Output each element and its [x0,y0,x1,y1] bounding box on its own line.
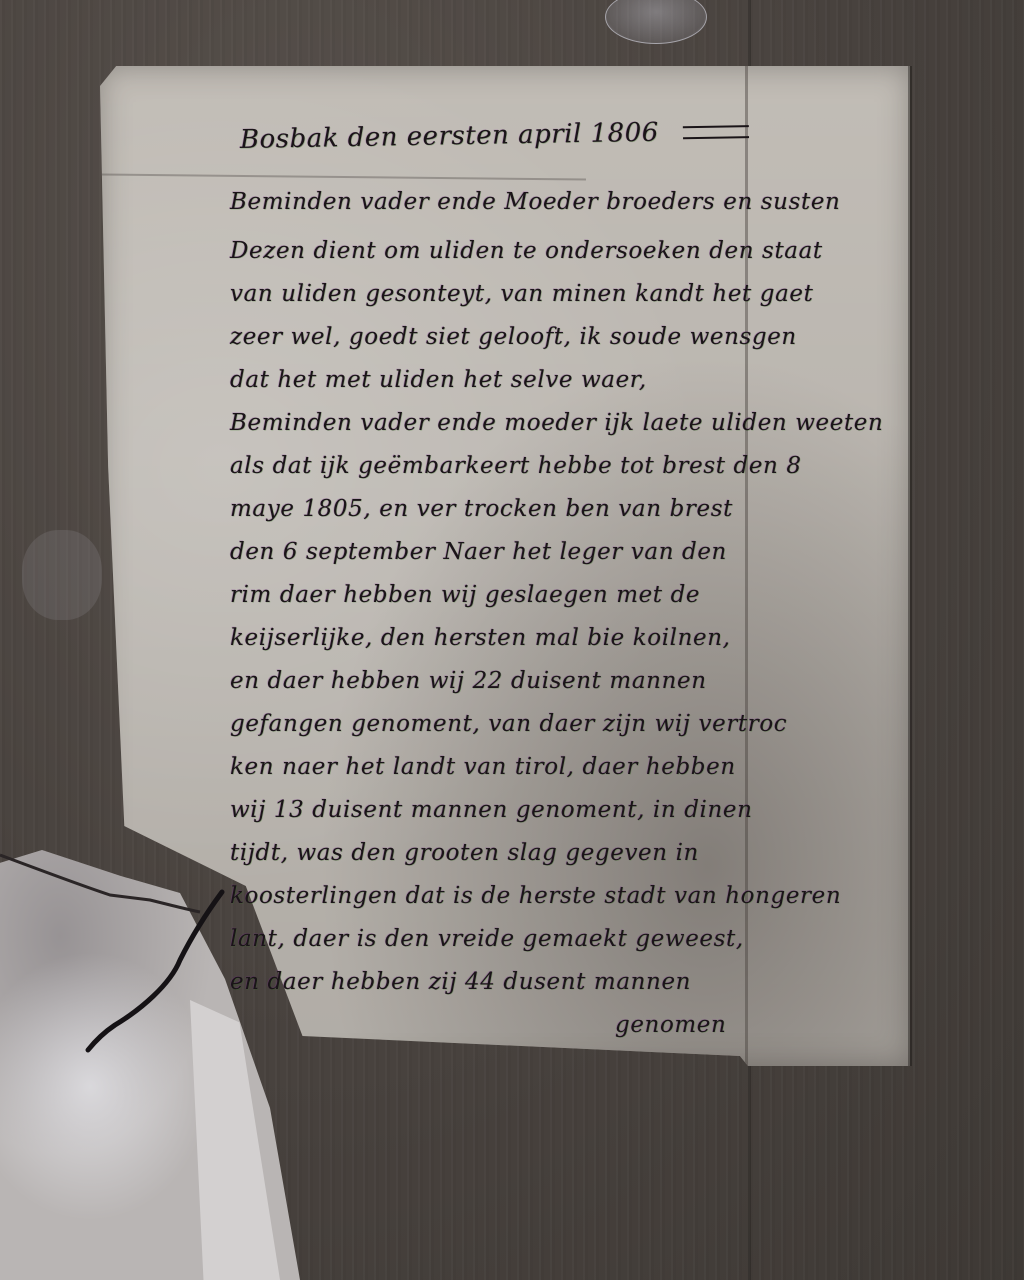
stain-artifact [22,530,102,620]
letter-text: Bosbak den eersten april 1806 Beminden v… [230,100,930,1046]
letter-line: lant, daer is den vreide gemaekt geweest… [230,917,930,960]
letter-line: Beminden vader ende moeder ijk laete uli… [230,401,930,444]
salutation: Beminden vader ende Moeder broeders en s… [230,180,930,223]
letter-line: en daer hebben zij 44 dusent mannen [230,960,930,1003]
letter-line: keijserlijke, den hersten mal bie koilne… [230,616,930,659]
letter-line: tijdt, was den grooten slag gegeven in [230,831,930,874]
letter-line: maye 1805, en ver trocken ben van brest [230,487,930,530]
air-bubble-artifact [605,0,707,44]
letter-line: als dat ijk geëmbarkeert hebbe tot brest… [230,444,930,487]
letter-line: en daer hebben wij 22 duisent mannen [230,659,930,702]
double-underline [683,125,749,139]
letter-line: rim daer hebben wij geslaegen met de [230,573,930,616]
letter-line: zeer wel, goedt siet gelooft, ik soude w… [230,315,930,358]
letter-line: Dezen dient om uliden te ondersoeken den… [230,229,930,272]
letter-line: dat het met uliden het selve waer, [230,358,930,401]
dateline: Bosbak den eersten april 1806 [239,88,930,180]
letter-line: wij 13 duisent mannen genoment, in dinen [230,788,930,831]
letter-line: den 6 september Naer het leger van den [230,530,930,573]
letter-line: koosterlingen dat is de herste stadt van… [230,874,930,917]
letter-line: gefangen genoment, van daer zijn wij ver… [230,702,930,745]
letter-line: ken naer het landt van tirol, daer hebbe… [230,745,930,788]
closing-word: genomen [615,1003,930,1046]
letter-line: van uliden gesonteyt, van minen kandt he… [230,272,930,315]
dateline-text: Bosbak den eersten april 1806 [239,103,659,170]
